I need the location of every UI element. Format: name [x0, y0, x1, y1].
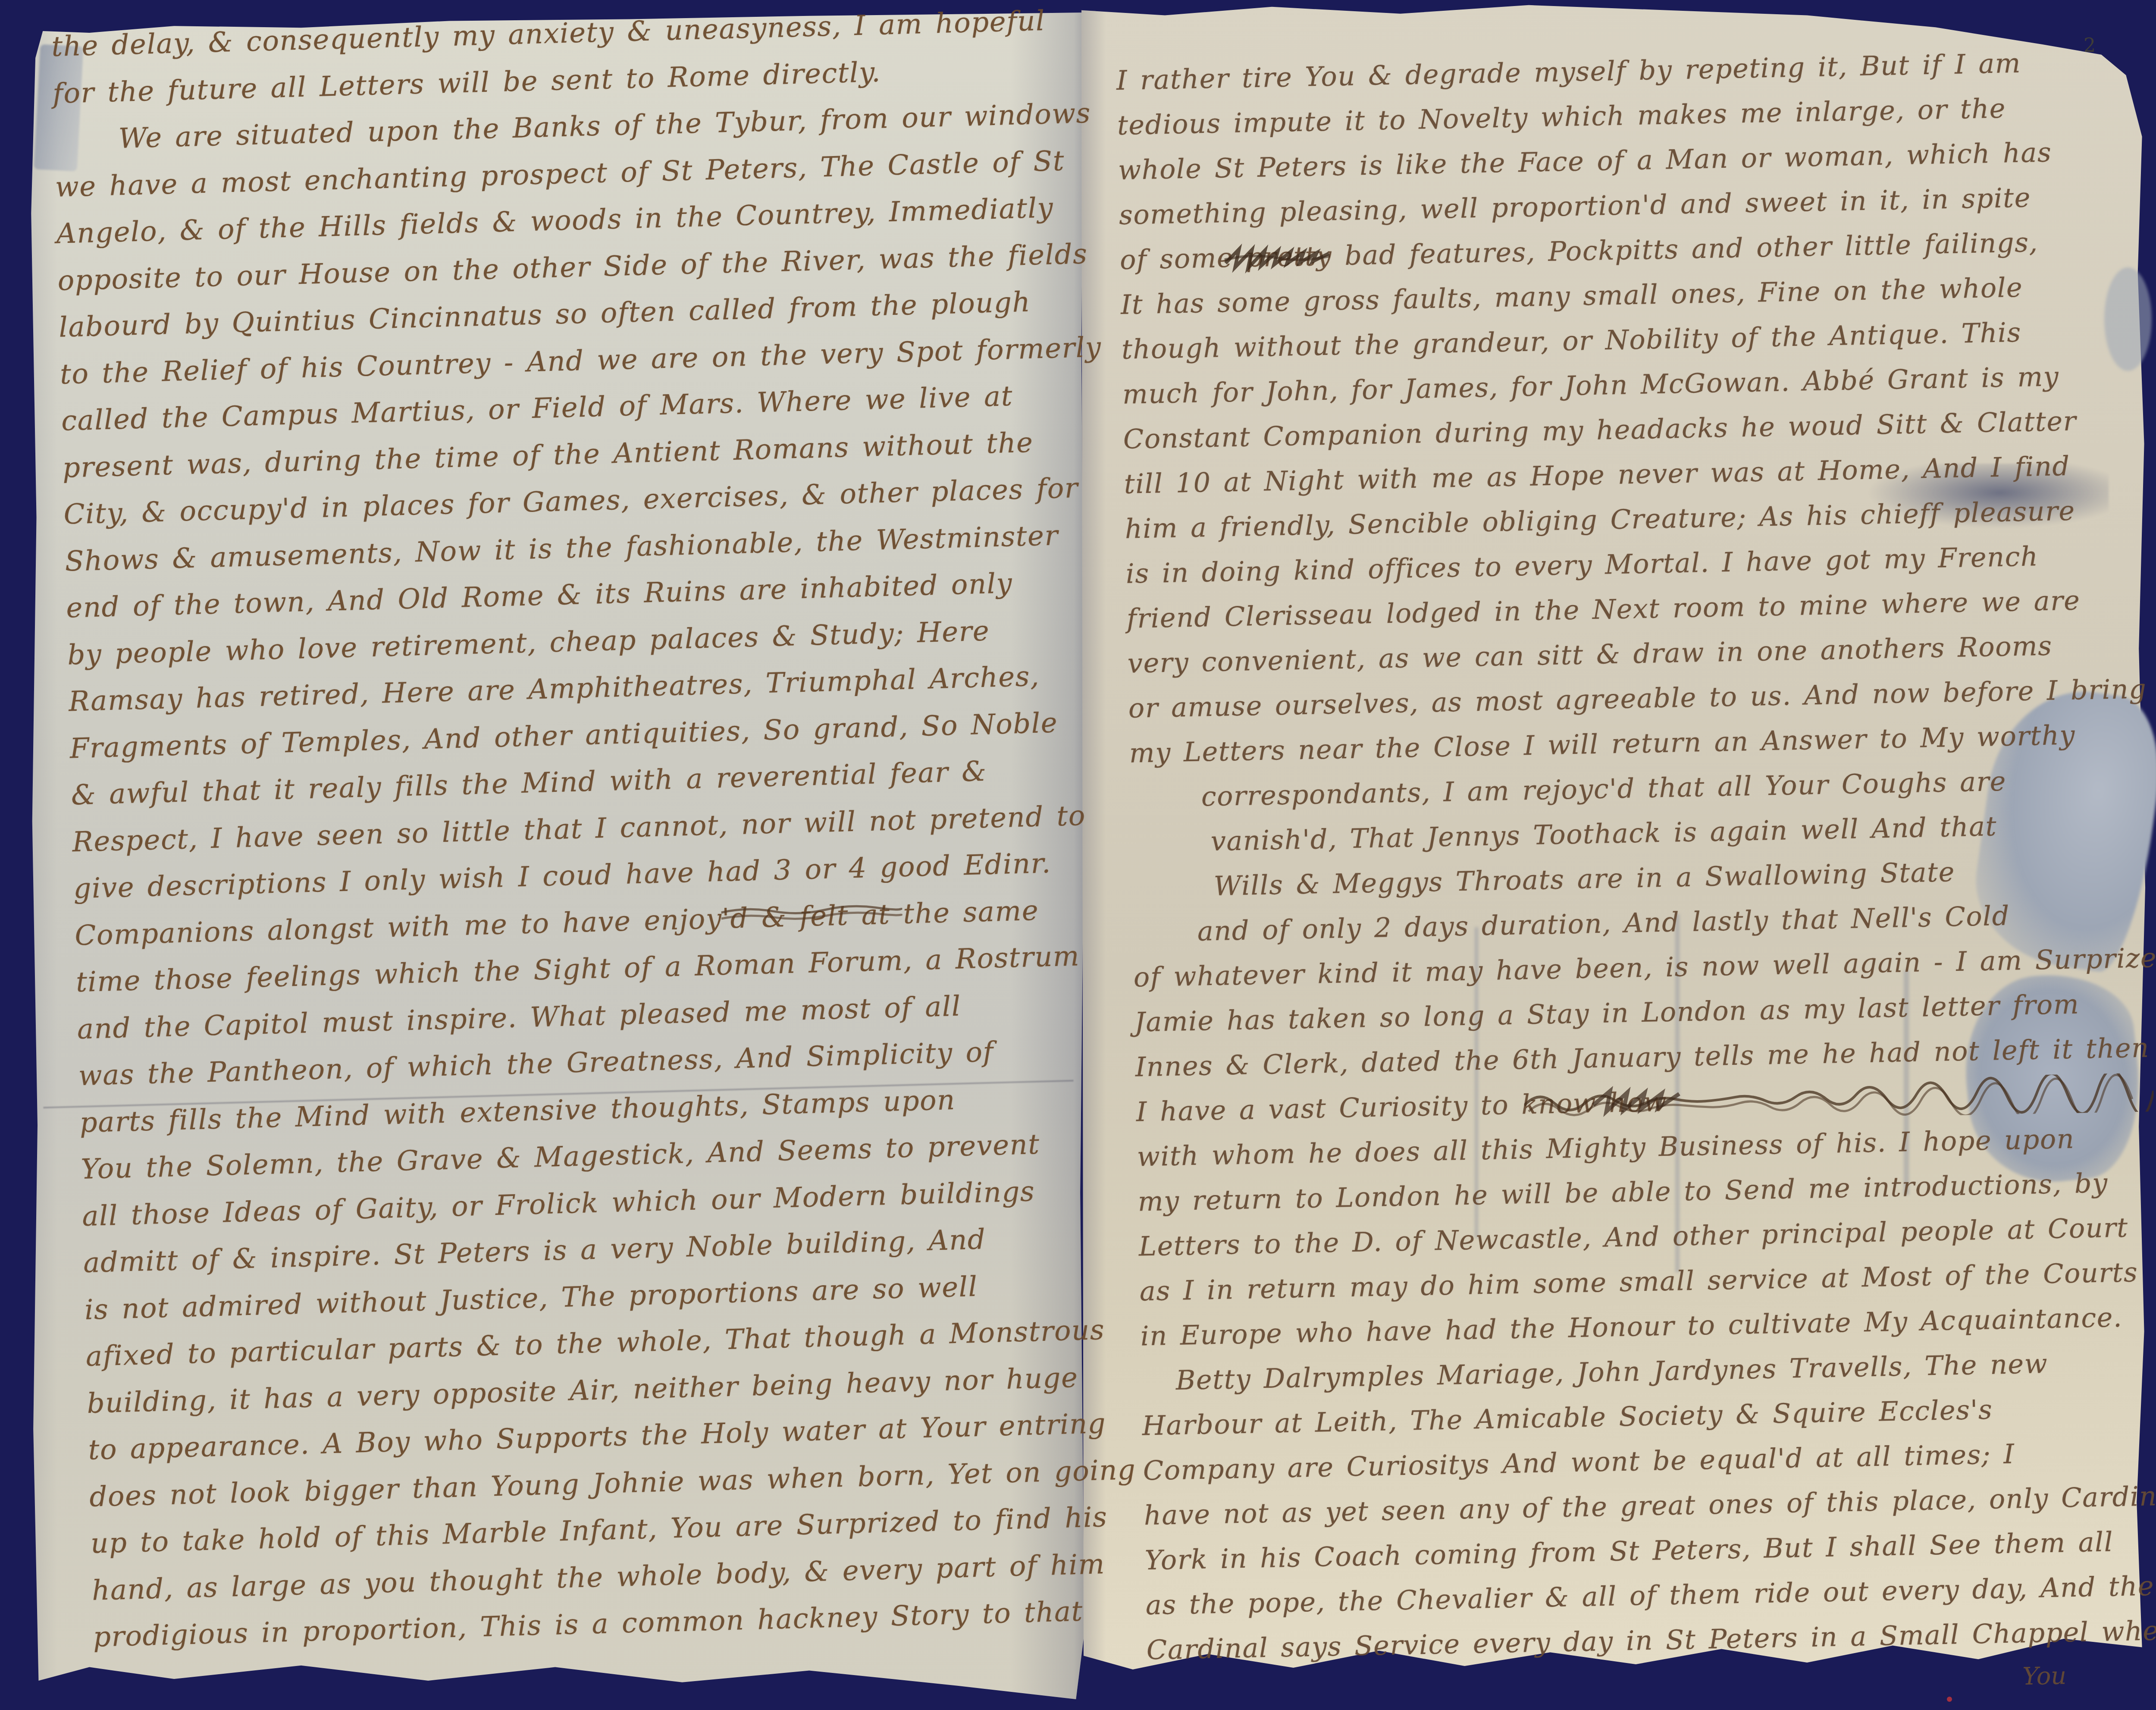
right-page-text: You I rather tire You & degrade myself b… [1116, 39, 2156, 1673]
red-speck [1947, 1697, 1952, 1702]
left-page-text: the delay, & consequently my anxiety & u… [51, 0, 1111, 1661]
ink-scribble-word [1221, 238, 1333, 275]
photograph-background: the delay, & consequently my anxiety & u… [0, 0, 2156, 1710]
catchword: You [2022, 1662, 2067, 1691]
page-number: 2 [2084, 35, 2096, 56]
ink-strikeout [721, 897, 903, 927]
